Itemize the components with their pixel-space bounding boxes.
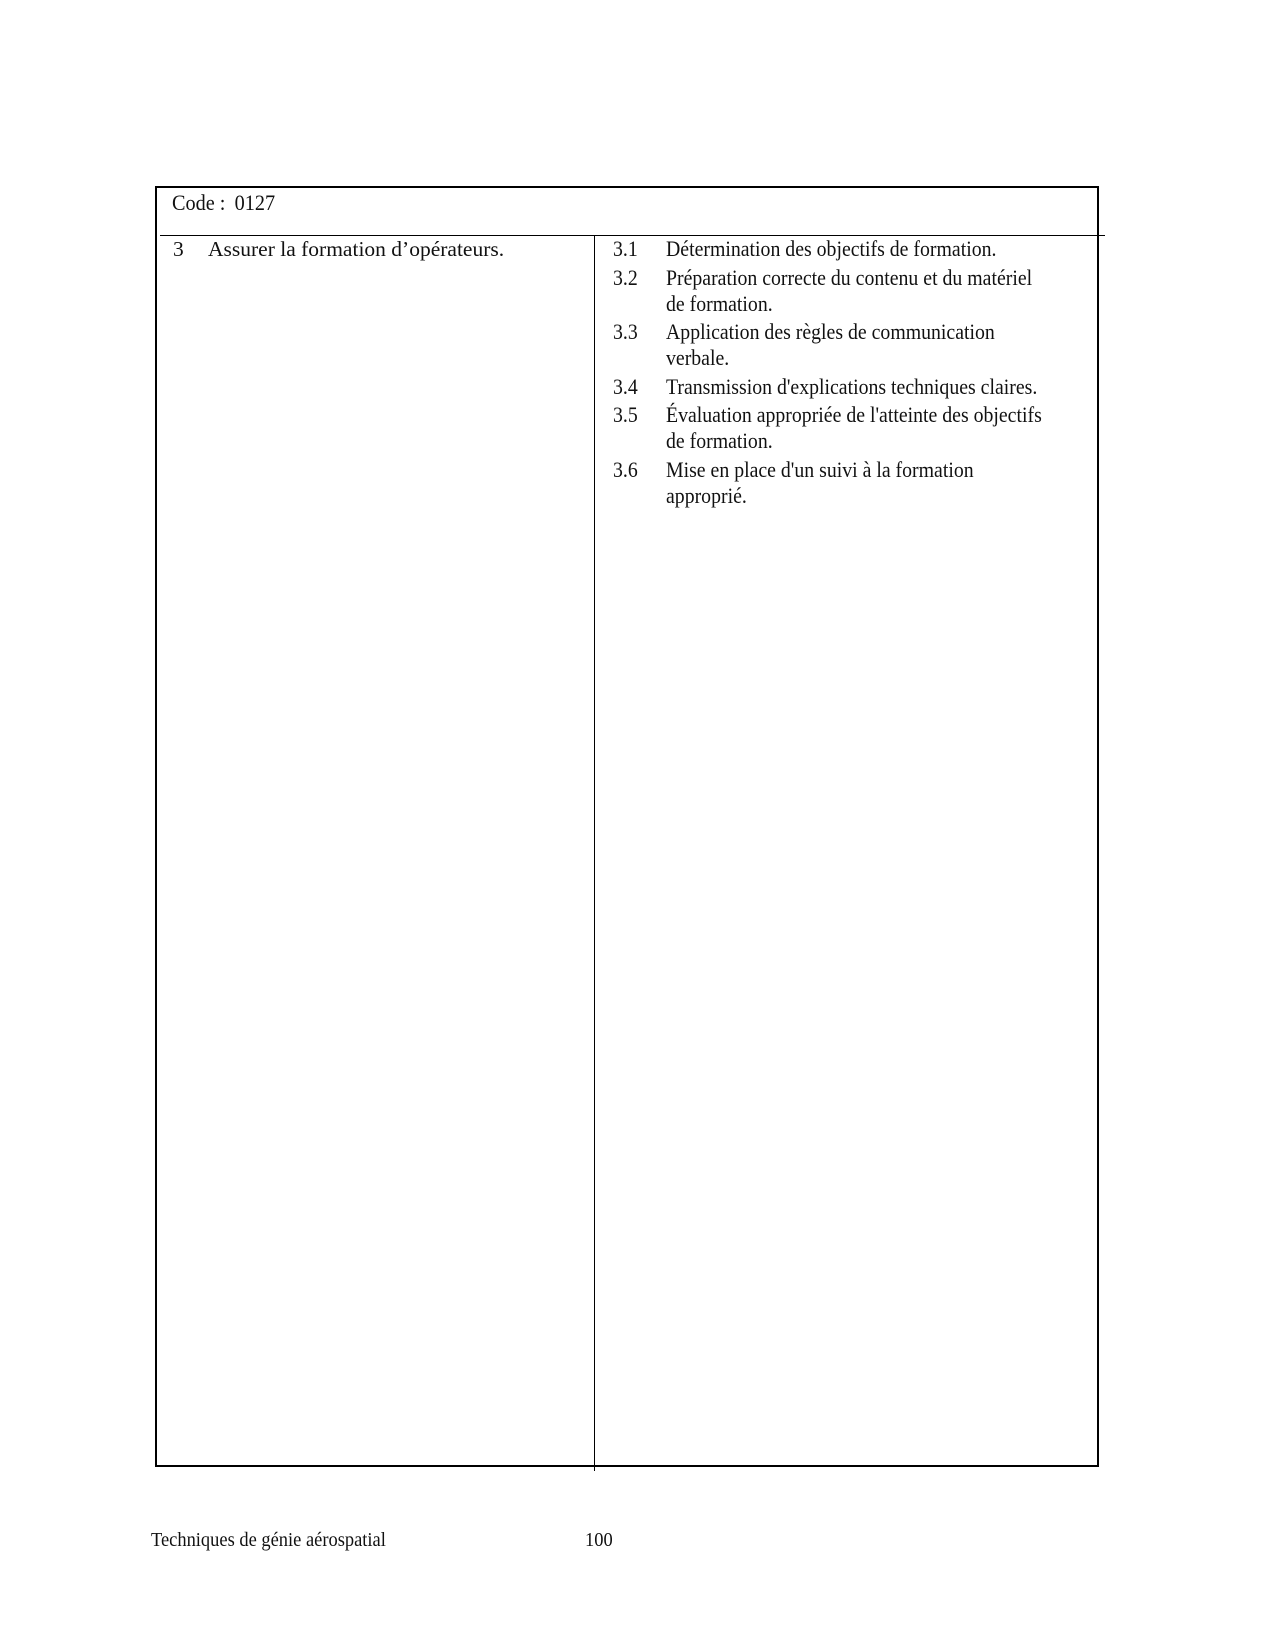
criterion-item: 3.6Mise en place d'un suivi à la formati…: [613, 457, 1093, 509]
code-header: Code :0127: [172, 190, 275, 216]
performance-criteria-list: 3.1Détermination des objectifs de format…: [613, 236, 1093, 511]
criterion-number: 3.5: [613, 402, 661, 454]
criterion-text: Application des règles de communication …: [666, 319, 1050, 371]
criterion-number: 3.3: [613, 319, 661, 371]
criterion-number: 3.2: [613, 265, 661, 317]
page-number: 100: [585, 1528, 613, 1552]
criterion-item: 3.4Transmission d'explications technique…: [613, 374, 1093, 400]
competency-title: Assurer la formation d’opérateurs.: [208, 237, 504, 261]
competency-number: 3: [173, 236, 208, 262]
code-label: Code :: [172, 190, 225, 215]
competency-statement: 3Assurer la formation d’opérateurs.: [173, 236, 504, 262]
column-divider: [594, 236, 595, 1471]
criterion-number: 3.4: [613, 374, 661, 400]
criterion-text: Mise en place d'un suivi à la formation …: [666, 457, 1050, 509]
code-value: 0127: [235, 190, 275, 215]
criterion-text: Détermination des objectifs de formation…: [666, 236, 1050, 262]
criterion-item: 3.3Application des règles de communicati…: [613, 319, 1093, 371]
criterion-item: 3.1Détermination des objectifs de format…: [613, 236, 1093, 262]
criterion-number: 3.1: [613, 236, 661, 262]
criterion-text: Transmission d'explications techniques c…: [666, 374, 1050, 400]
criterion-text: Préparation correcte du contenu et du ma…: [666, 265, 1050, 317]
criterion-item: 3.5Évaluation appropriée de l'atteinte d…: [613, 402, 1093, 454]
footer-program-title: Techniques de génie aérospatial: [151, 1528, 386, 1552]
criterion-number: 3.6: [613, 457, 661, 509]
criterion-text: Évaluation appropriée de l'atteinte des …: [666, 402, 1050, 454]
criterion-item: 3.2Préparation correcte du contenu et du…: [613, 265, 1093, 317]
